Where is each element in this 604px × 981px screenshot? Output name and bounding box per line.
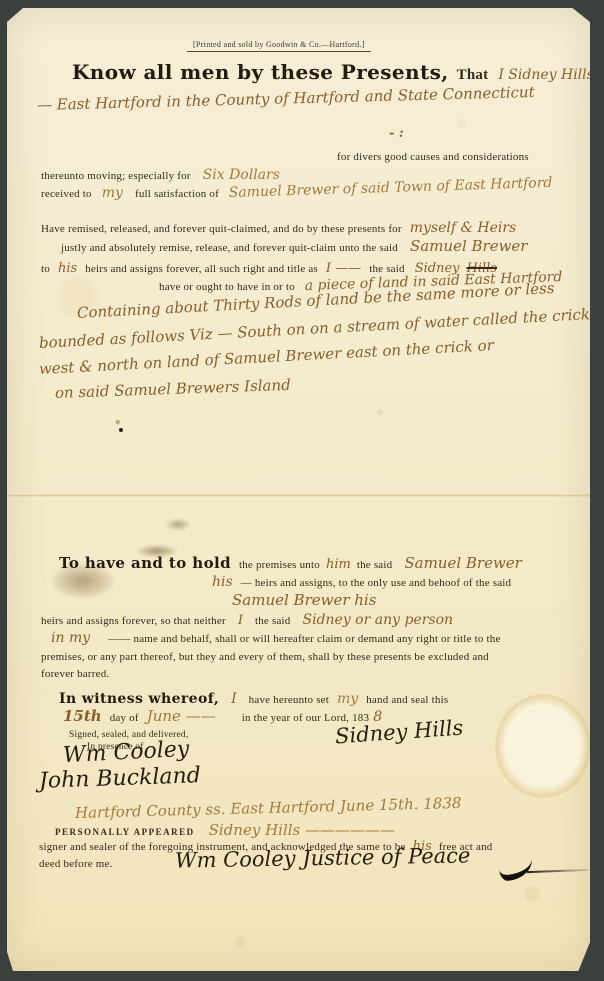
habendum-line-2: his — heirs and assigns, to the only use… [212, 573, 511, 591]
witness2-signature: John Buckland [39, 763, 202, 794]
haveor-printed: have or ought to have in or to [159, 281, 295, 293]
remised-line: Have remised, released, and forever quit… [41, 219, 516, 237]
quitclaim-grantee-hw: Samuel Brewer [410, 237, 528, 255]
witness-blackletter: In witness whereof, [59, 691, 219, 707]
habendum-his-hw: his [212, 574, 233, 590]
justice-signature-text: Wm Cooley Justice of Peace [175, 843, 471, 872]
habendum-grantee-hw: Samuel Brewer [404, 554, 522, 572]
appeared-printed: PERSONALLY APPEARED [55, 827, 195, 837]
habendum-thesaid-printed: the said [357, 559, 393, 571]
dayof-printed: day of [110, 712, 139, 724]
my-hw: my [337, 691, 358, 707]
habendum-line-7: forever barred. [41, 664, 109, 682]
ink-smudge-small [165, 518, 191, 531]
year-printed: in the year of our Lord, 183 [242, 712, 369, 724]
remised-printed: Have remised, released, and forever quit… [41, 223, 402, 235]
forever-printed: heirs and assigns forever, so that neith… [41, 615, 226, 627]
set-printed: have hereunto set [249, 694, 329, 706]
testimonium-line-1: In witness whereof, I have hereunto set … [59, 690, 448, 708]
habendum-heirs-printed: — heirs and assigns, to the only use and… [241, 577, 512, 589]
fold-crease [7, 494, 590, 497]
premises2-printed: premises, or any part thereof, but they … [41, 651, 489, 663]
habendum-grantee2-hw: Samuel Brewer his [232, 591, 376, 609]
moving-line: thereunto moving; especially for Six Dol… [41, 166, 280, 184]
him-hw: him [326, 557, 351, 572]
i-hw: I —— [326, 261, 361, 276]
title-line: Know all men by these Presents, That I S… [72, 60, 604, 84]
habendum-thesaid2-printed: the said [255, 615, 291, 627]
habendum-line-4: heirs and assigns forever, so that neith… [41, 611, 453, 629]
witness2-signature-text: John Buckland [39, 763, 202, 794]
day-hw: 15th [63, 707, 102, 725]
photograph-background: [Printed and sold by Goodwin & Co.—Hartf… [0, 0, 604, 981]
quitclaim-printed: justly and absolutely remise, release, a… [61, 242, 398, 254]
premises-printed: the premises unto [239, 559, 320, 571]
description-hw-4: on said Samuel Brewers Island [55, 376, 291, 402]
venue-line: Hartford County ss. East Hartford June 1… [75, 794, 462, 823]
inmy-hw: in my [51, 630, 90, 646]
amount-hw: Six Dollars [203, 167, 280, 183]
habendum-line-3: Samuel Brewer his [232, 591, 376, 610]
printer-imprint-rule: [Printed and sold by Goodwin & Co.—Hartf… [187, 34, 371, 52]
moving-printed: thereunto moving; especially for [41, 170, 191, 182]
signature-flourish-tail [527, 869, 589, 873]
handseal-printed: hand and seal this [366, 694, 448, 706]
tohave-blackletter: To have and to hold [59, 554, 231, 572]
causes-line: for divers good causes and consideration… [337, 147, 529, 165]
heirs-printed: heirs and assigns forever, all such righ… [85, 263, 318, 275]
habendum-line-6: premises, or any part thereof, but they … [41, 647, 489, 665]
residence-hw: — East Hartford in the County of Hartfor… [37, 83, 535, 114]
habendum-i-hw: I [238, 613, 243, 628]
barred-printed: forever barred. [41, 668, 109, 680]
received-my-hw: my [102, 185, 123, 201]
to-printed: to [41, 263, 50, 275]
deed-before-me-line: deed before me. [39, 854, 113, 872]
deed-printed: deed before me. [39, 858, 113, 870]
habendum-line-5: in my —— name and behalf, shall or will … [51, 629, 501, 647]
title-that: That [457, 67, 489, 83]
ink-speck [119, 428, 123, 432]
received-line: received to my full satisfaction of Samu… [41, 184, 553, 202]
remised-hw: myself & Heirs [410, 220, 517, 236]
residence-line: — East Hartford in the County of Hartfor… [37, 83, 535, 115]
received-printed: received to [41, 188, 92, 200]
description-line-4: on said Samuel Brewers Island [55, 376, 291, 403]
month-hw: June —— [147, 707, 216, 725]
printer-imprint: [Printed and sold by Goodwin & Co.—Hartf… [187, 40, 371, 52]
venue-hw: Hartford County ss. East Hartford June 1… [75, 794, 462, 822]
quitclaim-line: justly and absolutely remise, release, a… [61, 237, 527, 256]
satisfaction-printed: full satisfaction of [135, 188, 219, 200]
deed-document: [Printed and sold by Goodwin & Co.—Hartf… [7, 8, 590, 971]
habendum-line-1: To have and to hold the premises unto hi… [59, 554, 522, 573]
grantor-name-hw: I Sidney Hills of [498, 67, 604, 83]
seal-stain [495, 694, 591, 798]
thesaid-printed: the said [369, 263, 405, 275]
causes-printed: for divers good causes and consideration… [337, 151, 529, 163]
his-hw: his [58, 261, 77, 276]
namebehalf-printed: —— name and behalf, shall or will hereaf… [108, 633, 500, 645]
title-blackletter: Know all men by these Presents, [72, 60, 449, 84]
margin-mark-hw: - : [389, 126, 404, 141]
justice-signature: Wm Cooley Justice of Peace [175, 843, 471, 872]
sidney-anyperson-hw: Sidney or any person [302, 612, 453, 628]
testimonium-i-hw: I [231, 691, 237, 707]
margin-mark: - : [389, 124, 404, 142]
